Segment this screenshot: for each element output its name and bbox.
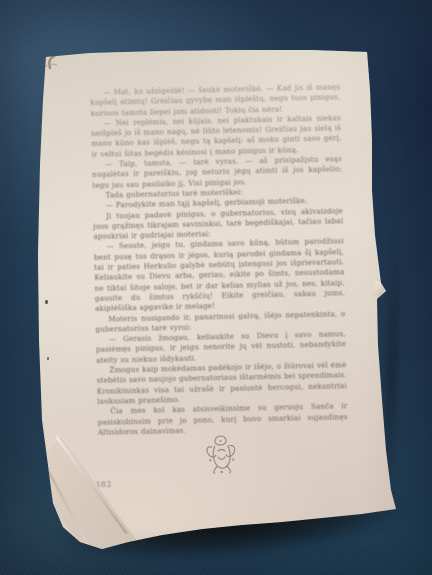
page-number: 382: [95, 480, 113, 489]
book-page: — Mat, ko užsigeidė! — šaukė moteriškė. …: [0, 0, 432, 575]
crease-line: [55, 436, 127, 534]
book-page-photo: — Mat, ko užsigeidė! — šaukė moteriškė. …: [0, 0, 432, 575]
torn-corner-icon: [34, 42, 64, 76]
body-paragraph: Žmogus kaip mokėdamas padėkojo ir išėjo,…: [96, 360, 347, 407]
body-paragraph: — Sesute, jeigu tu, gindama savo kūną, b…: [94, 237, 346, 315]
page-text: — Mat, ko užsigeidė! — šaukė moteriškė. …: [90, 82, 348, 438]
paper-speck: [47, 357, 49, 360]
torn-edge-flap: [372, 281, 386, 298]
body-paragraph: — Nei replėmis, nei kūjais, nei plaktuka…: [91, 113, 342, 160]
paper-speck: [45, 300, 48, 304]
vignette-ornament-icon: [201, 432, 240, 475]
